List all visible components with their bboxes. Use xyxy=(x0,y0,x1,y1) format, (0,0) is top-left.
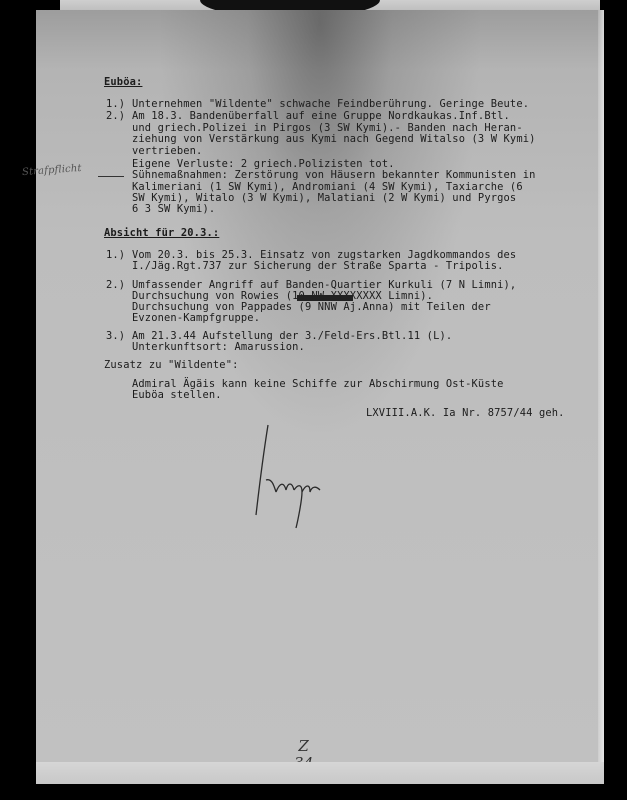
reference-number: LXVIII.A.K. Ia Nr. 8757/44 geh. xyxy=(366,408,565,419)
item-number: 2.) xyxy=(106,111,125,122)
item-line: I./Jäg.Rgt.737 zur Sicherung der Straße … xyxy=(132,261,504,272)
addendum-heading: Zusatz zu "Wildente": xyxy=(104,360,239,371)
item-line: ziehung von Verstärkung aus Kymi nach Ge… xyxy=(132,134,536,145)
handwritten-signature xyxy=(248,420,328,530)
redaction-strike xyxy=(297,295,353,301)
addendum-line: Euböa stellen. xyxy=(132,390,222,401)
item-line: vertrieben. xyxy=(132,146,202,157)
margin-underline xyxy=(98,176,124,177)
folio-symbol: Z xyxy=(294,738,313,755)
item-line: 6 3 SW Kymi). xyxy=(132,204,215,215)
item-number: 3.) xyxy=(106,331,125,342)
item-line: Unternehmen "Wildente" schwache Feindber… xyxy=(132,99,529,110)
item-number: 1.) xyxy=(106,99,125,110)
section-heading-euboea: Euböa: xyxy=(104,77,142,88)
document-page: Euböa: 1.) Unternehmen "Wildente" schwac… xyxy=(36,10,604,762)
item-line: Unterkunftsort: Amarussion. xyxy=(132,342,305,353)
handwritten-margin-note: Strafpflicht xyxy=(22,163,82,179)
item-number: 1.) xyxy=(106,250,125,261)
item-number: 2.) xyxy=(106,280,125,291)
item-line: Sühnemaßnahmen: Zerstörung von Häusern b… xyxy=(132,170,536,181)
item-line: Am 18.3. Bandenüberfall auf eine Gruppe … xyxy=(132,111,510,122)
document-body: Euböa: 1.) Unternehmen "Wildente" schwac… xyxy=(36,10,604,762)
section-heading-intent: Absicht für 20.3.: xyxy=(104,228,219,239)
item-line: Evzonen-Kampfgruppe. xyxy=(132,313,260,324)
film-bottom-strip xyxy=(36,762,604,784)
